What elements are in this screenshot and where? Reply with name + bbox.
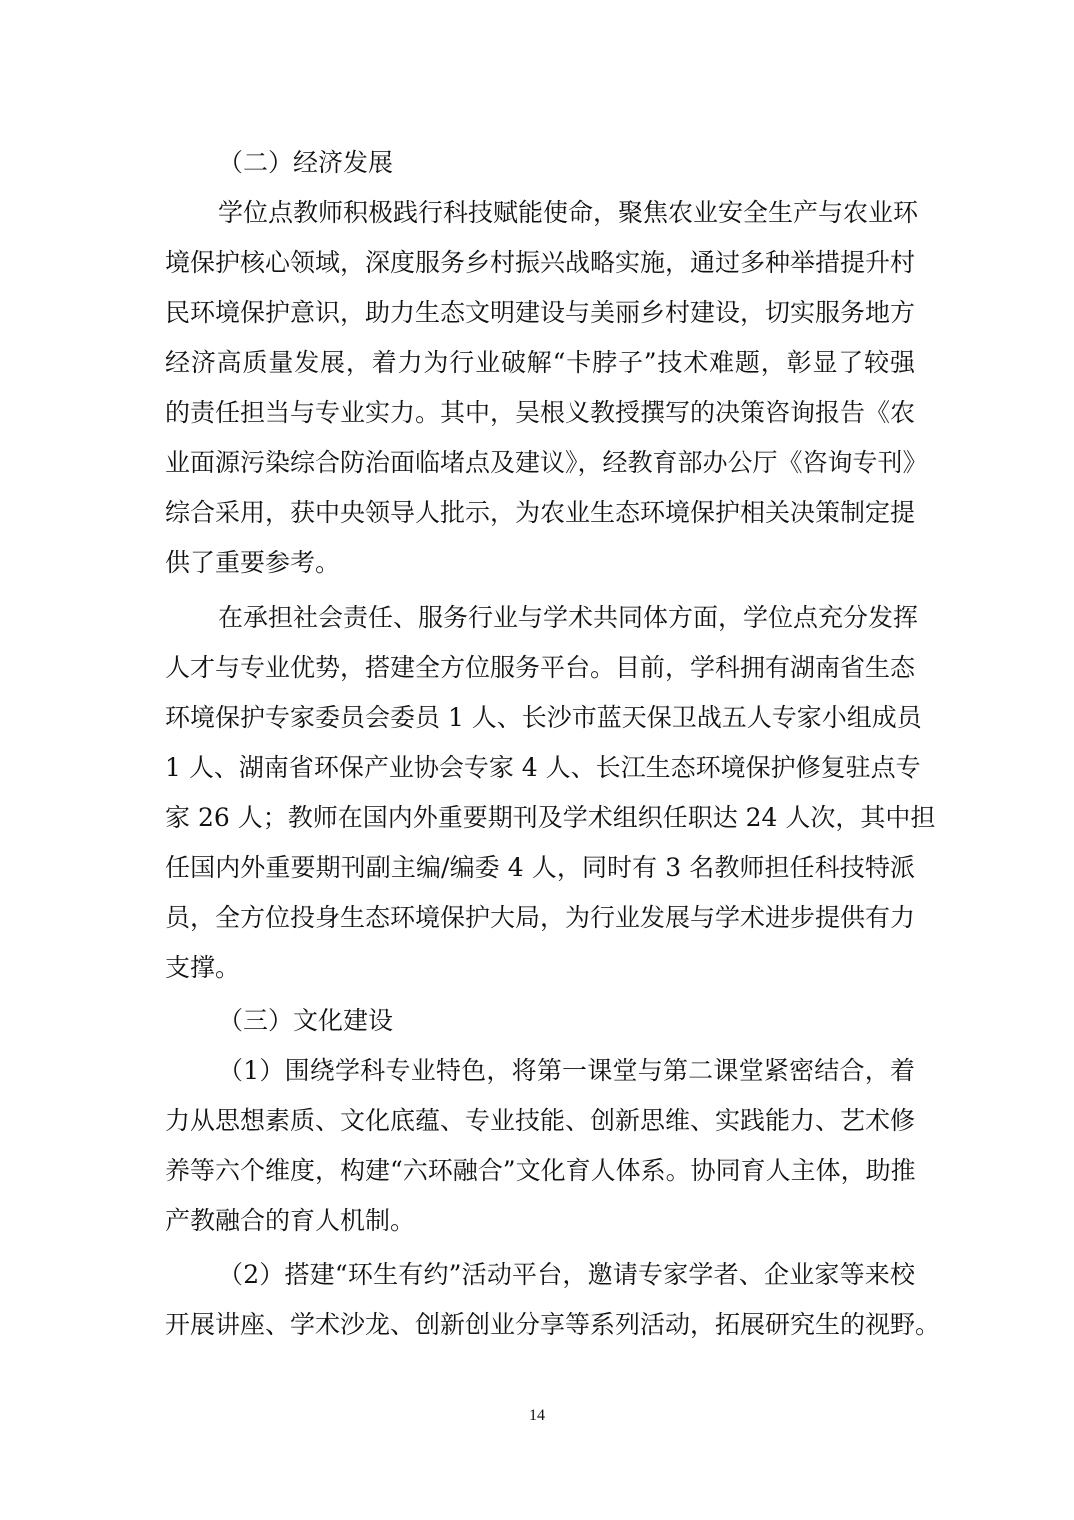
text-line: 1 人、湖南省环保产业协会专家 4 人、长江生态环境保护修复驻点专 (165, 748, 915, 788)
text-line: 养等六个维度，构建“六环融合”文化育人体系。协同育人主体，助推 (165, 1151, 915, 1191)
text-line: 供了重要参考。 (165, 543, 915, 583)
text-line: （2）搭建“环生有约”活动平台，邀请专家学者、企业家等来校 (218, 1255, 915, 1295)
text-line: 业面源污染综合防治面临堵点及建议》，经教育部办公厅《咨询专刊》 (165, 443, 915, 483)
text-line: 开展讲座、学术沙龙、创新创业分享等系列活动，拓展研究生的视野。 (165, 1305, 920, 1345)
text-line: 民环境保护意识，助力生态文明建设与美丽乡村建设，切实服务地方 (165, 293, 915, 333)
text-line: 在承担社会责任、服务行业与学术共同体方面，学位点充分发挥 (218, 598, 915, 638)
text-line: 的责任担当与专业实力。其中，吴根义教授撰写的决策咨询报告《农 (165, 393, 915, 433)
text-line: 人才与专业优势，搭建全方位服务平台。目前，学科拥有湖南省生态 (165, 648, 915, 688)
text-line: 综合采用，获中央领导人批示，为农业生态环境保护相关决策制定提 (165, 493, 915, 533)
text-line: 学位点教师积极践行科技赋能使命，聚焦农业安全生产与农业环 (218, 193, 915, 233)
text-line: 产教融合的育人机制。 (165, 1201, 915, 1241)
text-line: 支撑。 (165, 948, 915, 988)
text-line: 环境保护专家委员会委员 1 人、长沙市蓝天保卫战五人专家小组成员 (165, 698, 915, 738)
text-line: 家 26 人；教师在国内外重要期刊及学术组织任职达 24 人次，其中担 (165, 798, 915, 838)
text-line: 经济高质量发展，着力为行业破解“卡脖子”技术难题，彰显了较强 (165, 343, 915, 383)
text-line: 任国内外重要期刊副主编/编委 4 人，同时有 3 名教师担任科技特派 (165, 848, 915, 888)
section-heading-economic-development: （二）经济发展 (218, 143, 393, 183)
text-line: 境保护核心领域，深度服务乡村振兴战略实施，通过多种举措提升村 (165, 243, 915, 283)
text-line: 员，全方位投身生态环境保护大局，为行业发展与学术进步提供有力 (165, 898, 915, 938)
section-heading-cultural-construction: （三）文化建设 (218, 1001, 393, 1041)
page-number: 14 (0, 1407, 1074, 1425)
document-page: （二）经济发展 学位点教师积极践行科技赋能使命，聚焦农业安全生产与农业环 境保护… (0, 0, 1074, 1520)
text-line: （1）围绕学科专业特色，将第一课堂与第二课堂紧密结合，着 (218, 1051, 915, 1091)
text-line: 力从思想素质、文化底蕴、专业技能、创新思维、实践能力、艺术修 (165, 1101, 915, 1141)
